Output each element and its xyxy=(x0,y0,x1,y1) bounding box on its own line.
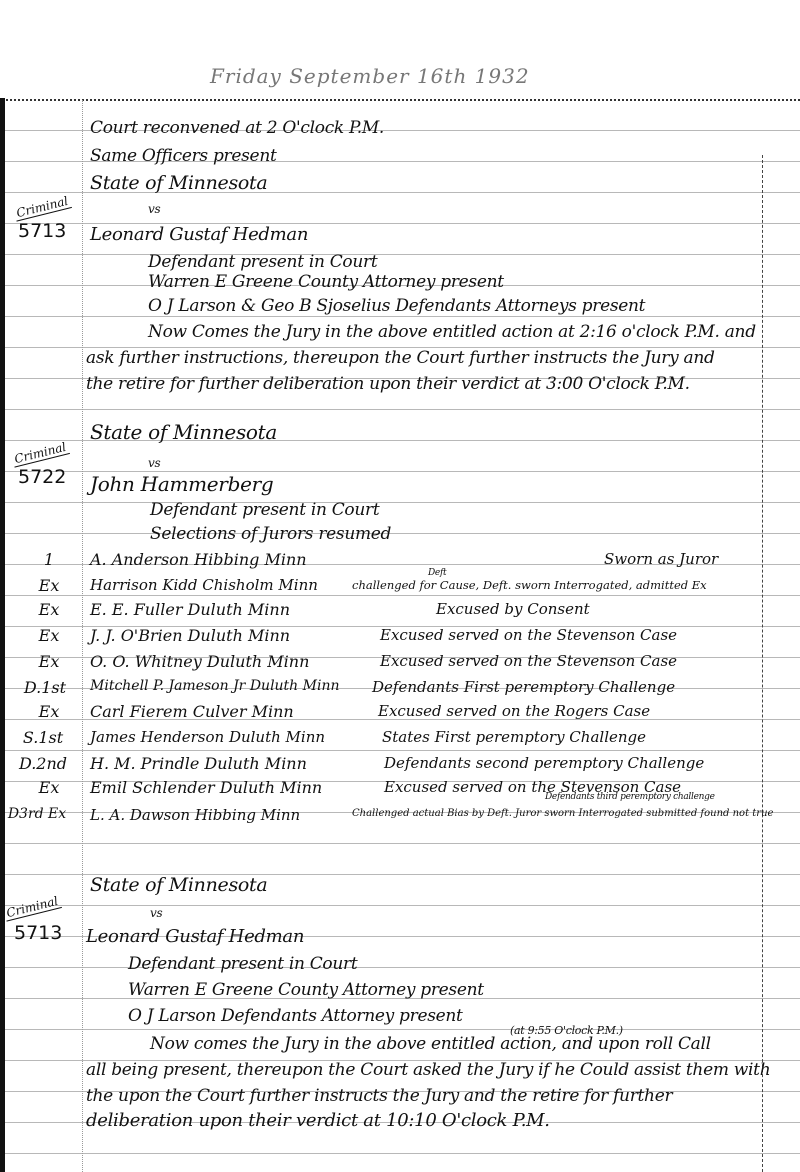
case-vs: vs xyxy=(150,906,162,920)
session-line-1: Court reconvened at 2 O'clock P.M. xyxy=(90,118,384,138)
case-defendant: John Hammerberg xyxy=(90,472,273,496)
juror-result: States First peremptory Challenge xyxy=(382,728,646,746)
case-number: 5713 xyxy=(14,922,62,944)
case-line: O J Larson & Geo B Sjoselius Defendants … xyxy=(148,296,645,316)
case-plaintiff: State of Minnesota xyxy=(90,874,267,896)
case-line: O J Larson Defendants Attorney present xyxy=(128,1006,463,1026)
page-date: Friday September 16th 1932 xyxy=(210,64,530,88)
juror-name: Harrison Kidd Chisholm Minn xyxy=(90,576,318,594)
juror-disposition-mark: D.2nd xyxy=(8,754,78,773)
juror-result: challenged for Cause, Deft. sworn Interr… xyxy=(352,578,707,592)
case-line: Defendant present in Court xyxy=(150,500,379,520)
juror-disposition-mark: 1 xyxy=(14,550,84,569)
case-vs: vs xyxy=(148,456,160,470)
case-plaintiff: State of Minnesota xyxy=(90,172,267,194)
juror-disposition-mark: Ex xyxy=(14,576,84,595)
juror-disposition-mark: D.1st xyxy=(10,678,80,697)
case-line: Now Comes the Jury in the above entitled… xyxy=(148,322,756,342)
juror-row: D.1st Mitchell P. Jameson Jr Duluth Minn… xyxy=(0,678,800,704)
case-defendant: Leonard Gustaf Hedman xyxy=(86,926,304,947)
case-line: Warren E Greene County Attorney present xyxy=(128,980,484,1000)
ledger-page: Friday September 16th 1932 Court reconve… xyxy=(0,0,800,1172)
juror-disposition-mark: Ex xyxy=(14,626,84,645)
juror-result: Sworn as Juror xyxy=(604,550,718,568)
juror-result: Excused served on the Stevenson Case xyxy=(380,626,677,644)
juror-name: O. O. Whitney Duluth Minn xyxy=(90,652,309,671)
juror-result: Defendants second peremptory Challenge xyxy=(384,754,704,772)
case-line: the retire for further deliberation upon… xyxy=(86,374,690,394)
juror-interlinear-note: Deft xyxy=(428,568,446,578)
juror-disposition-mark: Ex xyxy=(14,652,84,671)
juror-row: Ex J. J. O'Brien Duluth Minn Excused ser… xyxy=(0,626,800,652)
case-line: the upon the Court further instructs the… xyxy=(86,1086,672,1106)
juror-result: Excused served on the Rogers Case xyxy=(378,702,650,720)
juror-name: Mitchell P. Jameson Jr Duluth Minn xyxy=(90,678,340,694)
case-vs: vs xyxy=(148,202,160,216)
case-line: Now comes the Jury in the above entitled… xyxy=(150,1034,711,1054)
juror-name: L. A. Dawson Hibbing Minn xyxy=(90,806,300,824)
juror-disposition-mark: Ex xyxy=(14,778,84,797)
juror-name: J. J. O'Brien Duluth Minn xyxy=(90,626,290,645)
juror-name: Emil Schlender Duluth Minn xyxy=(90,778,322,797)
juror-disposition-mark: Ex xyxy=(14,702,84,721)
juror-row: 1 A. Anderson Hibbing Minn Sworn as Juro… xyxy=(0,550,800,576)
juror-row: S.1st James Henderson Duluth Minn States… xyxy=(0,728,800,754)
juror-disposition-mark: Ex xyxy=(14,600,84,619)
juror-row: Ex E. E. Fuller Duluth Minn Excused by C… xyxy=(0,600,800,626)
session-line-2: Same Officers present xyxy=(90,146,277,166)
case-line: Defendant present in Court xyxy=(128,954,357,974)
case-line: all being present, thereupon the Court a… xyxy=(86,1060,770,1080)
case-defendant: Leonard Gustaf Hedman xyxy=(90,224,308,245)
juror-result: Excused by Consent xyxy=(436,600,590,618)
juror-result: Defendants First peremptory Challenge xyxy=(372,678,675,696)
case-line: ask further instructions, thereupon the … xyxy=(86,348,715,368)
juror-name: Carl Fierem Culver Minn xyxy=(90,702,294,721)
case-line: deliberation upon their verdict at 10:10… xyxy=(86,1110,550,1131)
juror-row: Ex O. O. Whitney Duluth Minn Excused ser… xyxy=(0,652,800,678)
juror-row: Ex Carl Fierem Culver Minn Excused serve… xyxy=(0,702,800,728)
juror-name: James Henderson Duluth Minn xyxy=(90,728,325,746)
juror-row: Ex Harrison Kidd Chisholm Minn Deft chal… xyxy=(0,576,800,602)
juror-disposition-mark: S.1st xyxy=(8,728,78,747)
case-plaintiff: State of Minnesota xyxy=(90,420,277,444)
case-line: Defendant present in Court xyxy=(148,252,377,272)
juror-name: A. Anderson Hibbing Minn xyxy=(90,550,307,569)
case-number: 5713 xyxy=(18,220,66,242)
juror-row: D.2nd H. M. Prindle Duluth Minn Defendan… xyxy=(0,754,800,780)
case-line: Selections of Jurors resumed xyxy=(150,524,391,544)
juror-result: Excused served on the Stevenson Case xyxy=(380,652,677,670)
juror-result: Challenged actual Bias by Deft. Juror sw… xyxy=(352,808,773,819)
juror-interlinear-note: Defendants third peremptory challenge xyxy=(545,792,715,802)
juror-name: E. E. Fuller Duluth Minn xyxy=(90,600,290,619)
top-rule xyxy=(2,99,800,101)
juror-row: D3rd Ex L. A. Dawson Hibbing Minn Defend… xyxy=(0,806,800,832)
juror-disposition-mark: D3rd Ex xyxy=(2,806,72,822)
juror-name: H. M. Prindle Duluth Minn xyxy=(90,754,307,773)
case-line: Warren E Greene County Attorney present xyxy=(148,272,504,292)
case-number: 5722 xyxy=(18,466,66,488)
